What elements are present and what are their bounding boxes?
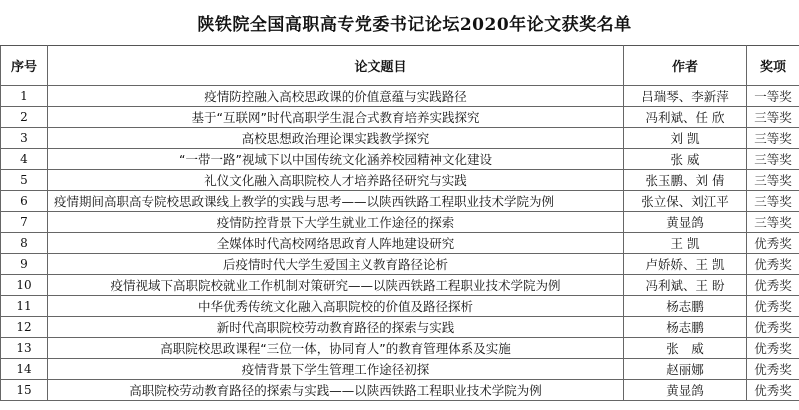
row-author: 吕瑞琴、李新萍 <box>624 86 747 107</box>
row-index: 13 <box>1 338 48 359</box>
row-paper-title: 中华优秀传统文化融入高职院校的价值及路径探析 <box>48 296 624 317</box>
row-award: 优秀奖 <box>747 233 799 254</box>
row-award: 一等奖 <box>747 86 799 107</box>
row-index: 4 <box>1 149 48 170</box>
row-author: 张玉鹏、刘 倩 <box>624 170 747 191</box>
header-index: 序号 <box>1 46 48 86</box>
row-award: 优秀奖 <box>747 317 799 338</box>
row-author: 刘 凯 <box>624 128 747 149</box>
row-paper-title: “一带一路”视域下以中国传统文化涵养校园精神文化建设 <box>48 149 624 170</box>
row-author: 冯利斌、王 盼 <box>624 275 747 296</box>
table-row: 12新时代高职院校劳动教育路径的探索与实践杨志鹏优秀奖 <box>1 317 799 338</box>
row-index: 8 <box>1 233 48 254</box>
table-row: 11中华优秀传统文化融入高职院校的价值及路径探析杨志鹏优秀奖 <box>1 296 799 317</box>
row-author: 冯利斌、任 欣 <box>624 107 747 128</box>
row-index: 12 <box>1 317 48 338</box>
row-paper-title: 疫情防控融入高校思政课的价值意蕴与实践路径 <box>48 86 624 107</box>
table-row: 14疫情背景下学生管理工作途径初探赵丽娜优秀奖 <box>1 359 799 380</box>
table-row: 2基于“互联网”时代高职学生混合式教育培养实践探究冯利斌、任 欣三等奖 <box>1 107 799 128</box>
row-author: 黄显鸽 <box>624 212 747 233</box>
table-row: 1疫情防控融入高校思政课的价值意蕴与实践路径吕瑞琴、李新萍一等奖 <box>1 86 799 107</box>
table-row: 10疫情视域下高职院校就业工作机制对策研究——以陕西铁路工程职业技术学院为例冯利… <box>1 275 799 296</box>
header-award: 奖项 <box>747 46 799 86</box>
row-award: 优秀奖 <box>747 296 799 317</box>
row-index: 10 <box>1 275 48 296</box>
row-paper-title: 后疫情时代大学生爱国主义教育路径论析 <box>48 254 624 275</box>
row-paper-title: 全媒体时代高校网络思政育人阵地建设研究 <box>48 233 624 254</box>
row-author: 卢娇娇、王 凯 <box>624 254 747 275</box>
row-index: 3 <box>1 128 48 149</box>
row-index: 9 <box>1 254 48 275</box>
row-award: 优秀奖 <box>747 380 799 401</box>
row-award: 三等奖 <box>747 170 799 191</box>
row-paper-title: 疫情视域下高职院校就业工作机制对策研究——以陕西铁路工程职业技术学院为例 <box>48 275 624 296</box>
row-index: 1 <box>1 86 48 107</box>
award-table: 序号 论文题目 作者 奖项 1疫情防控融入高校思政课的价值意蕴与实践路径吕瑞琴、… <box>0 45 799 401</box>
row-author: 赵丽娜 <box>624 359 747 380</box>
table-row: 15高职院校劳动教育路径的探索与实践——以陕西铁路工程职业技术学院为例黄显鸽优秀… <box>1 380 799 401</box>
row-index: 15 <box>1 380 48 401</box>
row-index: 11 <box>1 296 48 317</box>
row-award: 优秀奖 <box>747 254 799 275</box>
table-row: 3高校思想政治理论课实践教学探究刘 凯三等奖 <box>1 128 799 149</box>
table-row: 7疫情防控背景下大学生就业工作途径的探索黄显鸽三等奖 <box>1 212 799 233</box>
header-row: 序号 论文题目 作者 奖项 <box>1 46 799 86</box>
row-author: 黄显鸽 <box>624 380 747 401</box>
header-paper-title: 论文题目 <box>48 46 624 86</box>
row-award: 优秀奖 <box>747 275 799 296</box>
row-paper-title: 疫情期间高职高专院校思政课线上教学的实践与思考——以陕西铁路工程职业技术学院为例 <box>48 191 624 212</box>
row-author: 王 凯 <box>624 233 747 254</box>
table-row: 9后疫情时代大学生爱国主义教育路径论析卢娇娇、王 凯优秀奖 <box>1 254 799 275</box>
row-paper-title: 疫情防控背景下大学生就业工作途径的探索 <box>48 212 624 233</box>
row-author: 张立保、刘江平 <box>624 191 747 212</box>
row-paper-title: 基于“互联网”时代高职学生混合式教育培养实践探究 <box>48 107 624 128</box>
row-index: 2 <box>1 107 48 128</box>
row-index: 6 <box>1 191 48 212</box>
row-index: 14 <box>1 359 48 380</box>
row-award: 三等奖 <box>747 212 799 233</box>
header-author: 作者 <box>624 46 747 86</box>
row-award: 优秀奖 <box>747 338 799 359</box>
table-row: 4“一带一路”视域下以中国传统文化涵养校园精神文化建设张 威三等奖 <box>1 149 799 170</box>
table-row: 5礼仪文化融入高职院校人才培养路径研究与实践张玉鹏、刘 倩三等奖 <box>1 170 799 191</box>
row-paper-title: 新时代高职院校劳动教育路径的探索与实践 <box>48 317 624 338</box>
row-paper-title: 疫情背景下学生管理工作途径初探 <box>48 359 624 380</box>
row-author: 张 威 <box>624 149 747 170</box>
row-paper-title: 礼仪文化融入高职院校人才培养路径研究与实践 <box>48 170 624 191</box>
row-index: 5 <box>1 170 48 191</box>
document-title: 陕铁院全国高职高专党委书记论坛2020年论文获奖名单 <box>0 0 799 45</box>
table-row: 8全媒体时代高校网络思政育人阵地建设研究王 凯优秀奖 <box>1 233 799 254</box>
row-author: 杨志鹏 <box>624 317 747 338</box>
row-award: 三等奖 <box>747 191 799 212</box>
row-paper-title: 高职院校思政课程“三位一体，协同育人”的教育管理体系及实施 <box>48 338 624 359</box>
table-row: 6疫情期间高职高专院校思政课线上教学的实践与思考——以陕西铁路工程职业技术学院为… <box>1 191 799 212</box>
row-award: 三等奖 <box>747 128 799 149</box>
table-row: 13高职院校思政课程“三位一体，协同育人”的教育管理体系及实施张 威优秀奖 <box>1 338 799 359</box>
row-paper-title: 高校思想政治理论课实践教学探究 <box>48 128 624 149</box>
row-award: 三等奖 <box>747 149 799 170</box>
row-award: 三等奖 <box>747 107 799 128</box>
row-paper-title: 高职院校劳动教育路径的探索与实践——以陕西铁路工程职业技术学院为例 <box>48 380 624 401</box>
row-award: 优秀奖 <box>747 359 799 380</box>
row-author: 杨志鹏 <box>624 296 747 317</box>
row-index: 7 <box>1 212 48 233</box>
row-author: 张 威 <box>624 338 747 359</box>
